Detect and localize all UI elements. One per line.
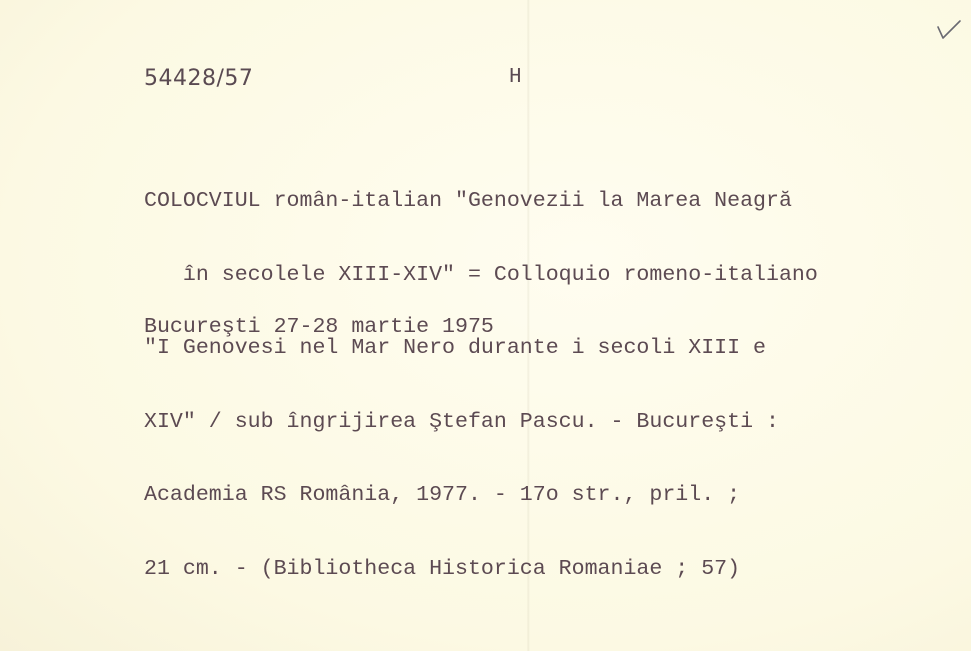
entry-line: "I Genovesi nel Mar Nero durante i secol… [144, 336, 818, 361]
entry-line: XIV" / sub îngrijirea Ştefan Pascu. - Bu… [144, 410, 818, 435]
bibliographic-entry: COLOCVIUL român-italian "Genovezii la Ma… [144, 140, 818, 630]
catalog-card: 54428/57 H COLOCVIUL român-italian "Geno… [0, 0, 971, 651]
entry-line: COLOCVIUL român-italian "Genovezii la Ma… [144, 189, 818, 214]
checkmark-icon [936, 18, 962, 40]
conference-note: Bucureşti 27-28 martie 1975 [144, 315, 494, 339]
call-number: 54428/57 [144, 66, 253, 91]
entry-line: Academia RS România, 1977. - 17o str., p… [144, 483, 818, 508]
entry-line: în secolele XIII-XIV" = Colloquio romeno… [144, 263, 818, 288]
shelf-mark: H [509, 66, 522, 89]
entry-line: 21 cm. - (Bibliotheca Historica Romaniae… [144, 557, 818, 582]
